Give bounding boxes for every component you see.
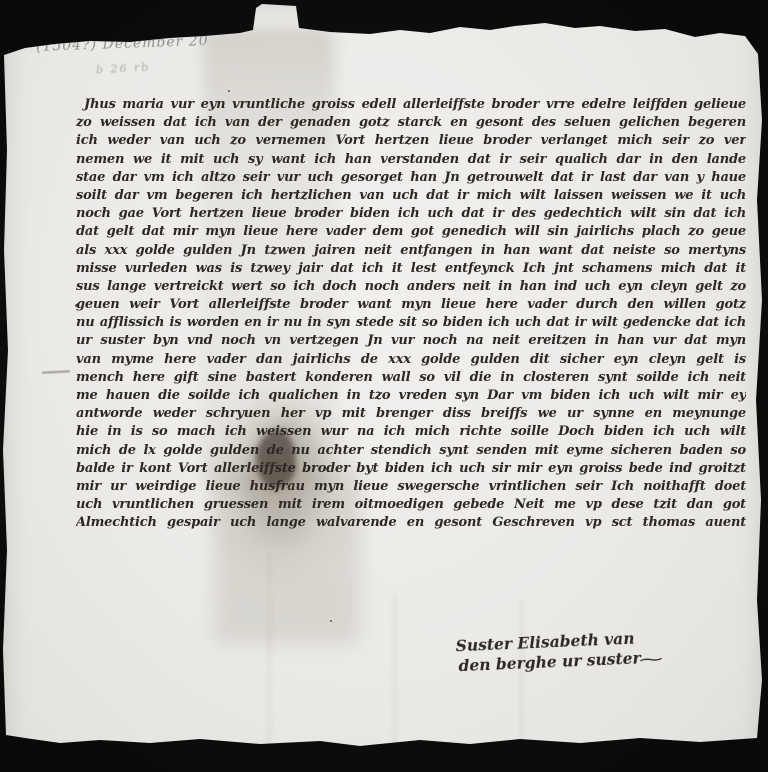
- letter-line-4: nemen we it mit uch sy want ich han vers…: [76, 151, 746, 169]
- letter-line-9: als xxx golde gulden Jn tzwen jairen nei…: [76, 242, 746, 260]
- letter-line-2: zo weissen dat ich van der genaden gotz …: [76, 114, 746, 132]
- letter-line-18: antworde weder schryuen her vp mit breng…: [76, 405, 746, 423]
- letter-line-7: noch gae Vort hertzen lieue broder biden…: [76, 205, 746, 223]
- letter-line-8: dat gelt dat mir myn lieue here vader de…: [76, 223, 746, 241]
- letter-line-1: Jhus maria vur eyn vruntliche groiss ede…: [76, 96, 746, 114]
- letter-line-15: van myme here vader dan jairlichs de xxx…: [76, 351, 746, 369]
- crease-line: [268, 555, 271, 745]
- letter-line-19: hie in is so mach ich weissen wur na ich…: [76, 423, 746, 441]
- letter-line-17: me hauen die soilde ich qualichen in tzo…: [76, 387, 746, 405]
- photo-backdrop: (1504?) December 20 b 26 rb Jhus maria v…: [0, 0, 768, 772]
- letter-line-3: ich weder van uch zo vernemen Vort hertz…: [76, 132, 746, 150]
- letter-line-23: uch vruntlichen gruessen mit irem oitmoe…: [76, 496, 746, 514]
- letter-line-22: mir ur weirdige lieue husfrau myn lieue …: [76, 478, 746, 496]
- letter-line-24: Almechtich gespair uch lange walvarende …: [76, 514, 746, 532]
- letter-line-20: mich de lx golde gulden de nu achter ste…: [76, 442, 746, 460]
- signature-block: Suster Elisabeth van den berghe ur suste…: [455, 628, 658, 677]
- letter-line-16: mench here gift sine bastert konderen wa…: [76, 369, 746, 387]
- paper-tear: [42, 370, 70, 373]
- fly-speck: [228, 90, 230, 92]
- fly-speck: [330, 620, 332, 622]
- letter-line-12: geuen weir Vort allerleiffste broder wan…: [76, 296, 746, 314]
- crease-line: [393, 595, 396, 745]
- letter-line-10: misse vurleden was is tzwey jair dat ich…: [76, 260, 746, 278]
- signature-flourish: ~: [637, 649, 666, 670]
- letter-line-21: balde ir kont Vort allerleiffste broder …: [76, 460, 746, 478]
- letter-line-11: sus lange vertreickt wert so ich doch no…: [76, 278, 746, 296]
- pencil-shelfmark-annotation: b 26 rb: [96, 61, 151, 77]
- letter-line-6: soilt dar vm begeren ich hertzlichen van…: [76, 187, 746, 205]
- pencil-date-annotation: (1504?) December 20: [36, 33, 209, 55]
- letter-line-5: stae dar vm ich altzo seir vur uch gesor…: [76, 169, 746, 187]
- letter-line-14: ur suster byn vnd noch vn vertzegen Jn v…: [76, 332, 746, 350]
- letter-line-13: nu afflissich is worden en ir nu in syn …: [76, 314, 746, 332]
- manuscript-paper: (1504?) December 20 b 26 rb Jhus maria v…: [0, 0, 768, 772]
- letter-body: Jhus maria vur eyn vruntliche groiss ede…: [76, 96, 746, 533]
